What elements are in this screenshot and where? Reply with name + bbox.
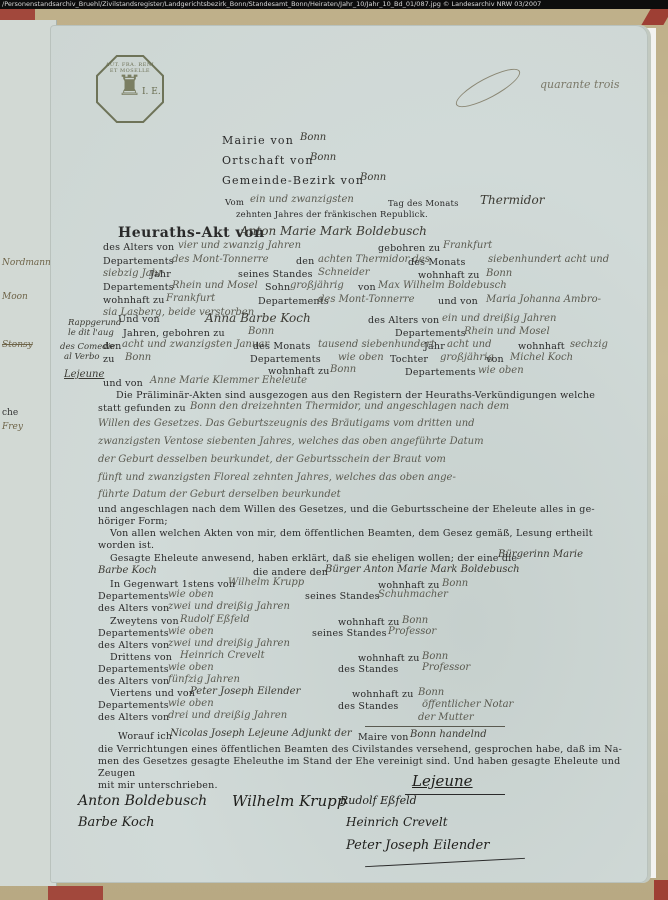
left-page-note: Frey — [2, 422, 23, 432]
ortschaft-value: Bonn — [310, 152, 336, 163]
witness-2-age: zwei und dreißig Jahren — [168, 638, 290, 649]
signature-officer: Lejeune — [412, 772, 473, 790]
bride-birth-dept: Rhein und Mosel — [464, 326, 550, 337]
field-label: Departements — [395, 328, 466, 339]
binding-corner — [654, 880, 668, 900]
mairie-acting: Bonn handelnd — [410, 729, 487, 740]
signature-underline — [405, 794, 505, 795]
field-label: den — [296, 256, 314, 267]
bezirk-label: Gemeinde-Bezirk von — [222, 174, 364, 187]
prelim-handwritten: Willen des Gesetzes. Das Geburtszeugnis … — [98, 418, 475, 429]
field-label: und von — [438, 296, 478, 307]
closing-text: Worauf ich — [118, 731, 172, 742]
father-dept: des Mont-Tonnerre — [318, 294, 415, 305]
prelim-text: und angeschlagen nach dem Willen des Ges… — [98, 504, 595, 515]
prelim-text: statt gefunden zu — [98, 403, 186, 414]
bezirk-value: Bonn — [360, 172, 386, 183]
witness-1-dept: wie oben — [168, 589, 214, 600]
witness-4-status: öffentlicher Notar — [422, 699, 513, 710]
prelim-handwritten: der Geburt desselben beurkundet, der Geb… — [98, 454, 446, 465]
bride-birth-year-end: sechzig — [570, 339, 608, 350]
bride-age: ein und dreißig Jahren — [442, 313, 557, 324]
signature-witness-2: Rudolf Eßfeld — [340, 794, 417, 807]
witness-2-name: Rudolf Eßfeld — [180, 614, 250, 625]
field-label: des Alters von — [98, 640, 169, 651]
field-label: Departements — [98, 591, 169, 602]
groom-dept: Rhein und Mosel — [172, 280, 258, 291]
witness-1-residence: Bonn — [442, 578, 468, 589]
margin-note: des Comedie — [60, 342, 115, 352]
signature-witness-1: Wilhelm Krupp — [232, 792, 346, 810]
field-label: zu — [103, 354, 115, 365]
witness-4-residence: Bonn — [418, 687, 444, 698]
field-label: des Standes — [338, 664, 399, 675]
margin-note: al Verbo — [64, 352, 100, 362]
declaration-text: Gesagte Eheleute anwesend, haben erklärt… — [110, 553, 517, 564]
field-label: des Alters von — [368, 315, 439, 326]
witness-3-name: Heinrich Crevelt — [180, 650, 265, 661]
bride-residence: Bonn — [125, 352, 151, 363]
field-label: seines Standes — [238, 269, 313, 280]
groom-majority: großjährig — [290, 280, 344, 291]
witness-2-status: Professor — [388, 626, 436, 637]
father-residence: Bonn — [330, 364, 356, 375]
seal-mark: I. E. — [142, 87, 161, 97]
signature-bride: Barbe Koch — [78, 815, 155, 830]
groom-occupation: Schneider — [318, 267, 370, 278]
witness-2-residence: Bonn — [402, 615, 428, 626]
mairie-value: Bonn — [300, 132, 326, 143]
closing-text: Maire von — [358, 732, 409, 743]
interlinear-note: der Mutter — [418, 712, 474, 723]
field-label: Departements — [98, 628, 169, 639]
field-label: Jahr — [150, 269, 171, 280]
bride-name: Anna Barbe Koch — [205, 311, 311, 325]
signature-witness-3: Heinrich Crevelt — [346, 815, 448, 829]
witness-4-name: Peter Joseph Eilender — [190, 686, 300, 697]
year-line: zehnten Jahres der fränkischen Republick… — [236, 210, 428, 220]
left-page-note: Stonsy — [2, 340, 33, 350]
ortschaft-label: Ortschaft von — [222, 154, 314, 167]
groom-residence: Bonn — [486, 268, 512, 279]
field-label: des Monats — [408, 257, 466, 268]
field-label: seines Standes — [305, 591, 380, 602]
left-page-fragment: Nordmann Moon Stonsy che Frey — [0, 20, 57, 886]
groom-father: Max Wilhelm Boldebusch — [378, 280, 507, 291]
witness-3-residence: Bonn — [422, 651, 448, 662]
field-label: wohnhaft zu — [352, 689, 414, 700]
field-label: wohnhaft zu — [358, 653, 420, 664]
prelim-text: höriger Form; — [98, 516, 168, 527]
witness-1-age: zwei und dreißig Jahren — [168, 601, 290, 612]
closing-text: mit mir unterschrieben. — [98, 780, 218, 791]
bride-birthplace: Bonn — [248, 326, 274, 337]
reading-text: worden ist. — [98, 540, 154, 551]
witness-3-dept: wie oben — [168, 662, 214, 673]
closing-text: Zeugen — [98, 768, 135, 779]
bride-mother: Anne Marie Klemmer Eheleute — [150, 375, 307, 386]
field-label: Departements — [98, 664, 169, 675]
signature-groom: Anton Boldebusch — [78, 793, 207, 809]
archive-path-bar: /Personenstandsarchiv_Bruehl/Zivilstands… — [0, 0, 668, 9]
father-residence: Frankfurt — [166, 293, 215, 304]
field-label: wohnhaft — [518, 341, 565, 352]
prelim-text: Die Präliminär-Akten sind ausgezogen aus… — [116, 390, 595, 401]
groom-age: vier und zwanzig Jahren — [178, 240, 301, 251]
field-label: von — [486, 354, 504, 365]
witness-3-age: fünfzig Jahren — [168, 674, 240, 685]
bride-birth-day: acht und zwanzigsten Januar — [122, 339, 269, 350]
bride-father: Michel Koch — [510, 352, 573, 363]
field-label: des Standes — [338, 701, 399, 712]
groom-name: Anton Marie Mark Boldebusch — [240, 224, 427, 238]
prelim-handwritten: zwanzigsten Ventose siebenten Jahres, we… — [98, 436, 484, 447]
witness-4-age: drei und dreißig Jahren — [168, 710, 287, 721]
witness-4-dept: wie oben — [168, 698, 214, 709]
left-page-note: che — [2, 408, 18, 418]
field-label: Tochter — [390, 354, 428, 365]
field-label: des Alters von — [98, 676, 169, 687]
field-label: Departements — [103, 282, 174, 293]
margin-signature: Lejeune — [64, 370, 104, 380]
field-label: des Alters von — [103, 242, 174, 253]
bride-name-decl: Barbe Koch — [98, 565, 157, 576]
prelim-handwritten: führte Datum der Geburt derselben beurku… — [98, 489, 341, 500]
groom-mother: Maria Johanna Ambro- — [486, 294, 601, 305]
reading-text: Von allen welchen Akten von mir, dem öff… — [110, 528, 593, 539]
date-tag-label: Tag des Monats — [388, 199, 459, 209]
margin-note: le dit l'aug — [68, 328, 114, 338]
folio-note: quarante trois — [540, 78, 619, 91]
closing-text: die Verrichtungen eines öffentlichen Bea… — [98, 744, 622, 755]
date-vom-label: Vom — [225, 198, 244, 208]
month-value: Thermidor — [480, 193, 544, 207]
prelim-handwritten: Bonn den dreizehnten Thermidor, und ange… — [190, 401, 509, 412]
bride-birth-year: tausend siebenhundert — [318, 339, 435, 350]
field-label: gebohren zu — [378, 243, 440, 254]
left-page-note: Nordmann — [2, 258, 51, 268]
field-label: des Alters von — [98, 603, 169, 614]
prelim-handwritten: fünft und zwanzigsten Floreal zehnten Ja… — [98, 472, 456, 483]
father-dept: wie oben — [478, 365, 524, 376]
witness-3-status: Professor — [422, 662, 470, 673]
left-page-note: Moon — [2, 292, 28, 302]
field-label: des Monats — [253, 341, 311, 352]
interlinear-underline — [365, 726, 505, 727]
field-label: Departements — [405, 367, 476, 378]
field-label: Departements — [250, 354, 321, 365]
witness-1-status: Schuhmacher — [378, 589, 448, 600]
bride-birth-year-cont: acht und — [447, 339, 491, 350]
groom-birth-dept: des Mont-Tonnerre — [172, 254, 269, 265]
witness-ordinal: Drittens von — [110, 652, 172, 663]
field-label: Sohn — [265, 282, 290, 293]
officer-name: Nicolas Joseph Lejeune Adjunkt der — [170, 728, 352, 739]
witness-2-dept: wie oben — [168, 626, 214, 637]
date-day-value: ein und zwanzigsten — [250, 194, 354, 205]
field-label: Und von — [118, 314, 160, 325]
bride-dept: wie oben — [338, 352, 384, 363]
field-label: wohnhaft zu — [103, 295, 165, 306]
bride-title: Bürgerinn Marie — [498, 549, 583, 560]
groom-birth-year: siebenhundert acht und — [488, 254, 609, 265]
field-label: von — [358, 282, 376, 293]
field-label: Departements — [98, 700, 169, 711]
witness-1-name: Wilhelm Krupp — [228, 577, 304, 588]
signature-witness-4: Peter Joseph Eilender — [346, 838, 489, 853]
binding-corner — [48, 886, 103, 900]
field-label: Jahren, gebohren zu — [123, 328, 225, 339]
closing-text: men des Gesetzes gesagte Eheleuthe im St… — [98, 756, 620, 767]
groom-name-decl: Bürger Anton Marie Mark Boldebusch — [325, 564, 520, 575]
groom-birthplace: Frankfurt — [443, 240, 492, 251]
mairie-label: Mairie von — [222, 134, 294, 147]
field-label: Jahr — [424, 341, 445, 352]
field-label: seines Standes — [312, 628, 387, 639]
field-label: Departements — [103, 256, 174, 267]
field-label: und von — [103, 378, 143, 389]
seal-figure-icon: ♜ — [117, 72, 142, 100]
field-label: des Alters von — [98, 712, 169, 723]
margin-note: Rappgerund — [68, 318, 121, 328]
